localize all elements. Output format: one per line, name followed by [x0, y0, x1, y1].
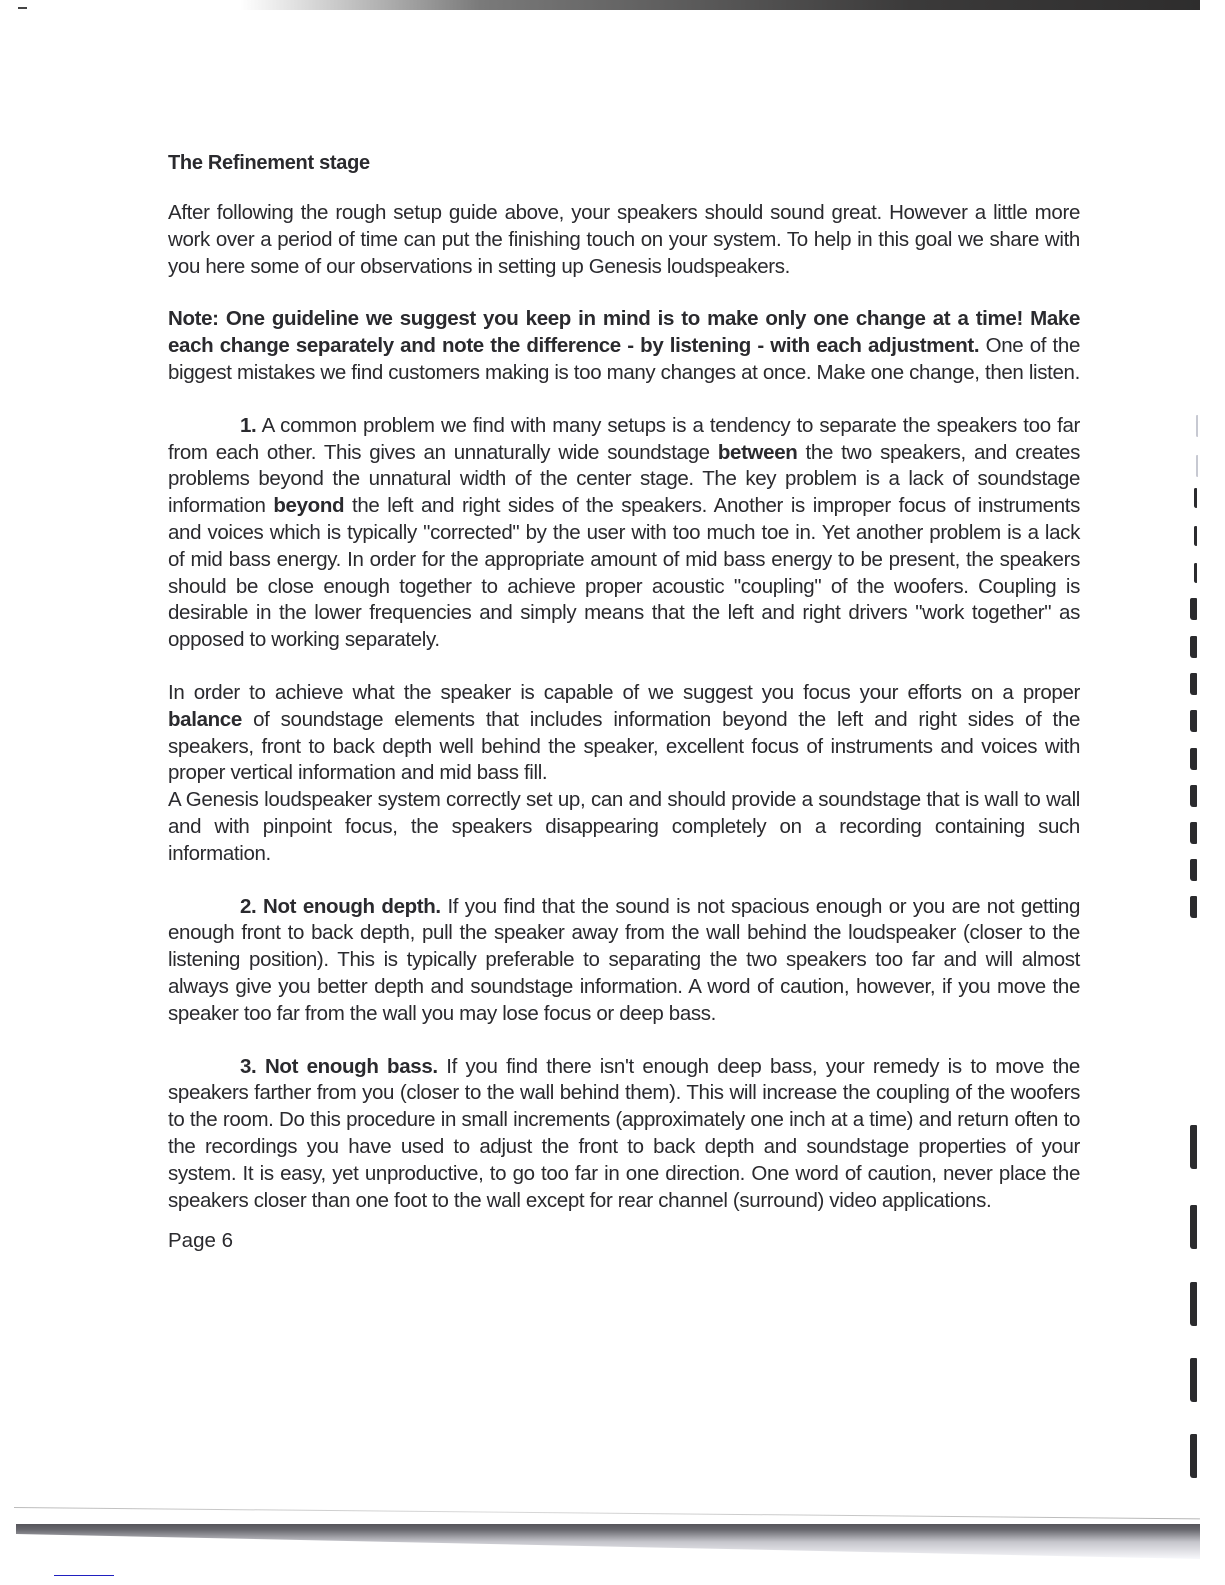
note-paragraph: Note: One guideline we suggest you keep …	[168, 306, 1080, 386]
binding-hole-mark	[1190, 1205, 1197, 1249]
item-3-heading: 3. Not enough bass.	[240, 1055, 438, 1078]
scan-bottom-mark	[54, 1575, 114, 1576]
item-2-heading: 2. Not enough depth.	[240, 895, 441, 918]
item-3-paragraph: 3. Not enough bass. If you find there is…	[168, 1054, 1080, 1215]
item-1-paragraph: 1. A common problem we find with many se…	[168, 413, 1080, 654]
balance-paragraph: In order to achieve what the speaker is …	[168, 680, 1080, 787]
intro-paragraph: After following the rough setup guide ab…	[168, 200, 1080, 280]
scan-bottom-shadow	[16, 1524, 1200, 1574]
section-heading: The Refinement stage	[168, 150, 1080, 177]
binding-hole-mark	[1190, 896, 1197, 918]
scan-mark	[18, 7, 27, 9]
binding-hole-mark	[1190, 710, 1197, 732]
scan-top-edge	[240, 0, 1200, 10]
item-1-bold-between: between	[718, 441, 798, 464]
binding-hole-mark	[1194, 488, 1197, 508]
item-3-text: If you find there isn't enough deep bass…	[168, 1055, 1080, 1212]
balance-text-b: of soundstage elements that includes inf…	[168, 708, 1080, 785]
item-1-bold-beyond: beyond	[273, 494, 344, 517]
binding-hole-mark	[1194, 563, 1197, 583]
balance-bold: balance	[168, 708, 242, 731]
binding-hole-mark	[1190, 822, 1197, 844]
balance-text-a: In order to achieve what the speaker is …	[168, 681, 1080, 704]
page-number: Page 6	[168, 1228, 1080, 1255]
binding-hole-mark	[1190, 598, 1197, 620]
item-1-text-c: the left and right sides of the speakers…	[168, 494, 1080, 651]
binding-hole-mark	[1190, 1125, 1197, 1169]
binding-hole-mark	[1190, 636, 1197, 658]
document-page: The Refinement stage After following the…	[168, 150, 1080, 1255]
item-2-paragraph: 2. Not enough depth. If you find that th…	[168, 894, 1080, 1028]
binding-hole-mark	[1190, 1358, 1197, 1402]
binding-hole-mark	[1190, 785, 1197, 807]
binding-hole-mark	[1190, 1282, 1197, 1326]
item-1-number: 1.	[240, 414, 256, 437]
binding-hole-mark	[1194, 526, 1197, 546]
genesis-paragraph: A Genesis loudspeaker system correctly s…	[168, 787, 1080, 867]
note-bold-text: Note: One guideline we suggest you keep …	[168, 307, 1080, 357]
binding-hole-mark	[1196, 455, 1198, 477]
binding-hole-mark	[1196, 415, 1198, 437]
binding-hole-mark	[1190, 1434, 1197, 1478]
binding-hole-mark	[1190, 859, 1197, 881]
binding-hole-mark	[1190, 673, 1197, 695]
binding-hole-mark	[1190, 748, 1197, 770]
scan-bottom-line	[14, 1507, 1200, 1519]
